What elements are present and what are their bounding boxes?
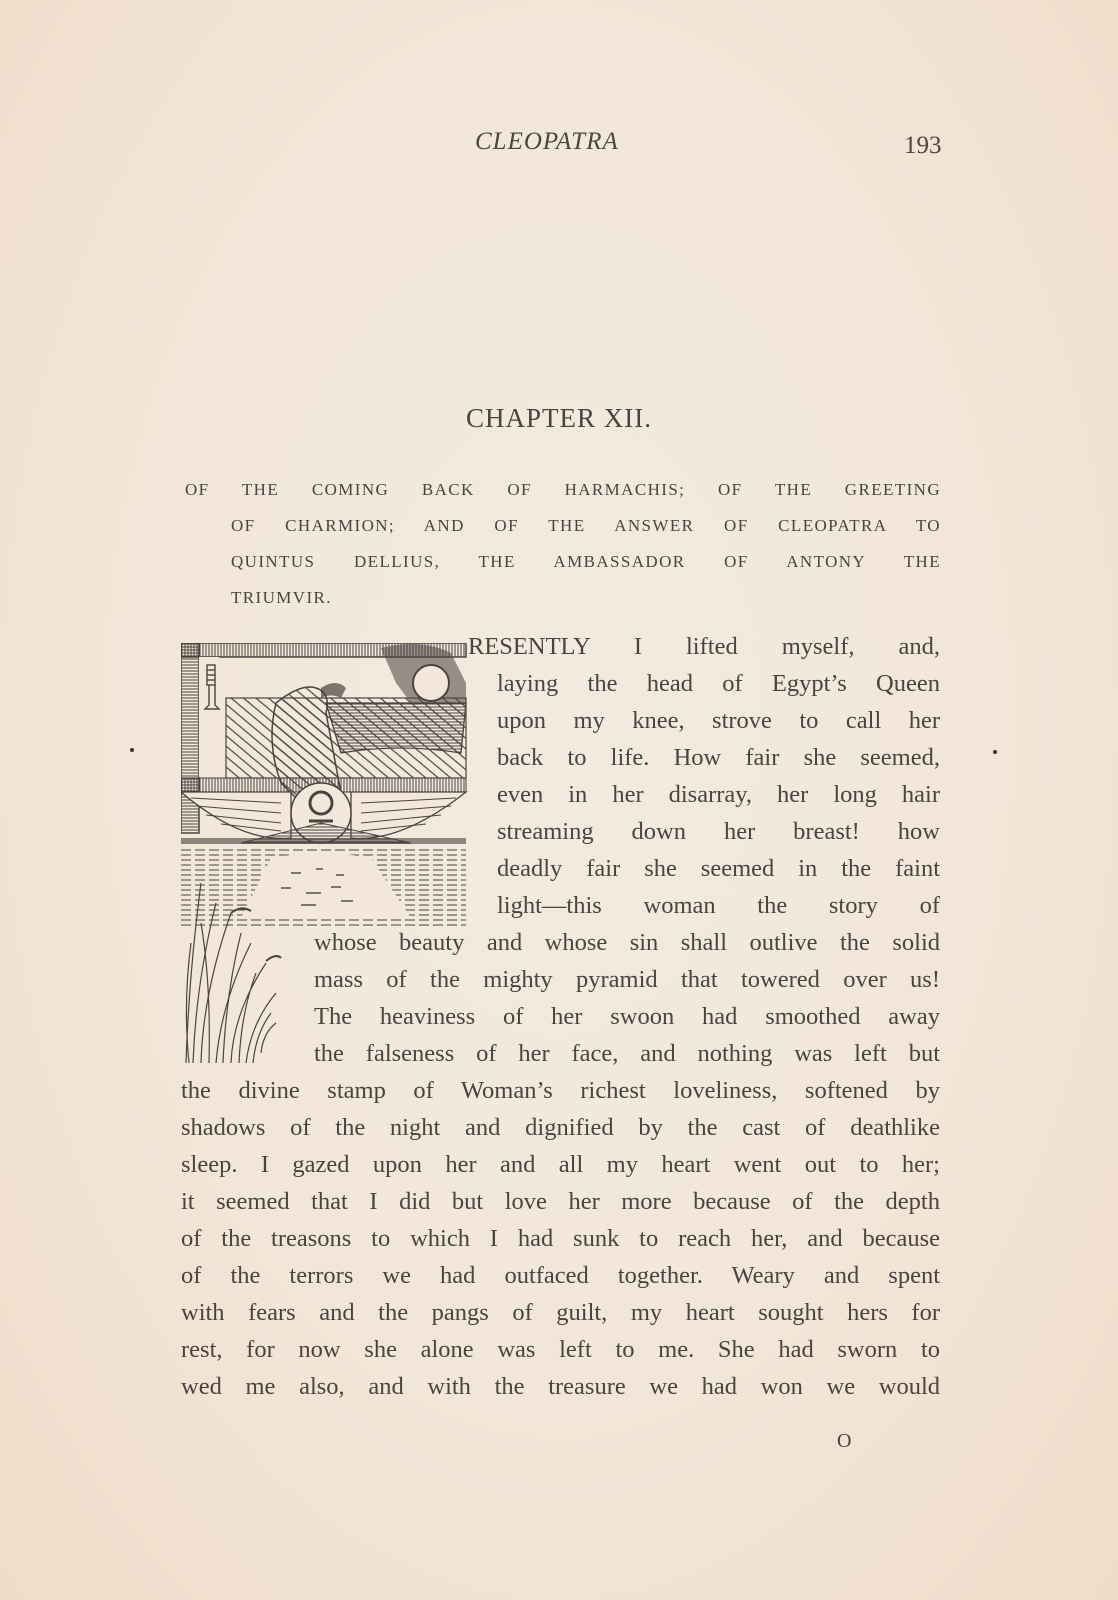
body-line: with fears and the pangs of guilt, my he… [181,1299,940,1336]
body-line: The heaviness of her swoon had smoothed … [314,1003,940,1040]
synopsis-line: TRIUMVIR. [185,580,941,616]
body-line: wed me also, and with the treasure we ha… [181,1373,940,1410]
body-line: mass of the mighty pyramid that towered … [314,966,940,1003]
running-head: CLEOPATRA 193 [0,128,1118,168]
paper-speck [130,748,134,752]
synopsis-line: QUINTUS DELLIUS, THE AMBASSADOR OF ANTON… [185,544,941,580]
body-line: light—this woman the story of [497,892,940,929]
body-line: of the treasons to which I had sunk to r… [181,1225,940,1262]
synopsis-line: OF THE COMING BACK OF HARMACHIS; OF THE … [185,472,941,508]
body-line: the falseness of her face, and nothing w… [314,1040,940,1077]
body-line: sleep. I gazed upon her and all my heart… [181,1151,940,1188]
chapter-synopsis: OF THE COMING BACK OF HARMACHIS; OF THE … [185,472,941,616]
body-line: back to life. How fair she seemed, [497,744,940,781]
chapter-title: CHAPTER XII. [0,403,1118,434]
body-line: the divine stamp of Woman’s richest love… [181,1077,940,1114]
body-line: rest, for now she alone was left to me. … [181,1336,940,1373]
body-line: streaming down her breast! how [497,818,940,855]
running-title: CLEOPATRA [475,128,619,156]
body-line: deadly fair she seemed in the faint [497,855,940,892]
body-line: it seemed that I did but love her more b… [181,1188,940,1225]
paper-speck [993,750,997,754]
body-line: even in her disarray, her long hair [497,781,940,818]
body-line: of the terrors we had outfaced together.… [181,1262,940,1299]
signature-mark: O [837,1430,851,1453]
body-line: RESENTLY I lifted myself, and, [468,633,940,670]
synopsis-line: OF CHARMION; AND OF THE ANSWER OF CLEOPA… [185,508,941,544]
body-line: upon my knee, strove to call her [497,707,940,744]
body-line: laying the head of Egypt’s Queen [497,670,940,707]
page-number: 193 [904,132,942,160]
body-line: shadows of the night and dignified by th… [181,1114,940,1151]
body-line: whose beauty and whose sin shall outlive… [314,929,940,966]
